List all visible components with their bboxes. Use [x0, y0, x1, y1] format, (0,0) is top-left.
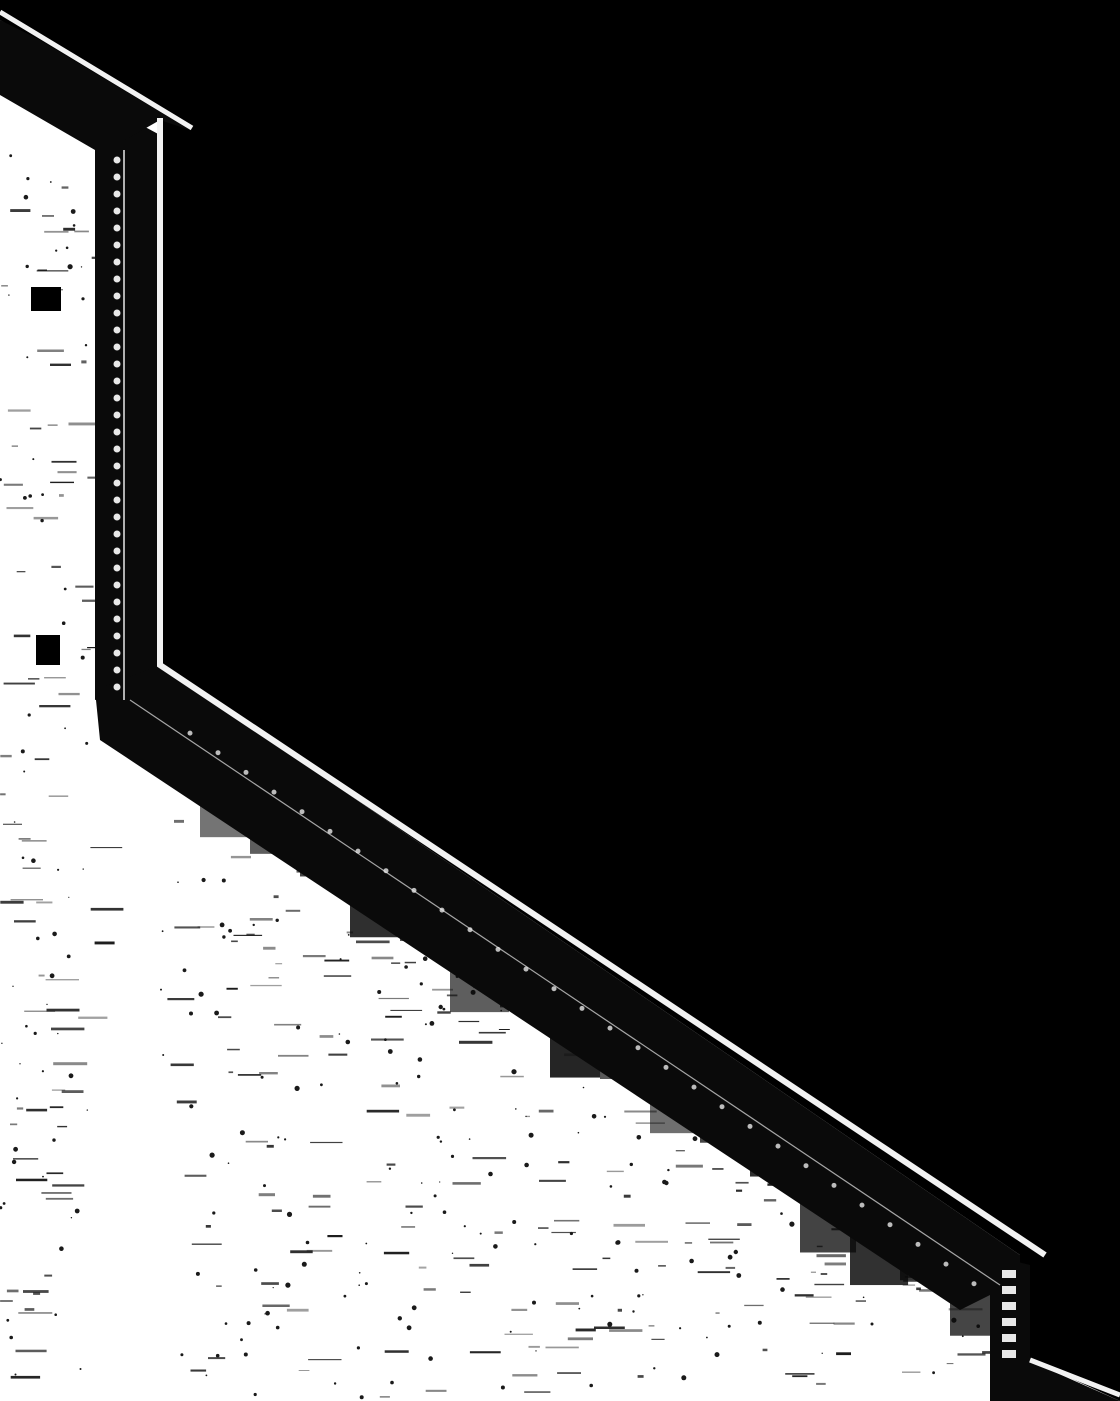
vertical-pilaster — [95, 100, 160, 700]
small-window-lower — [36, 635, 60, 665]
building-photo — [0, 0, 1120, 1401]
small-window-upper — [31, 287, 61, 311]
